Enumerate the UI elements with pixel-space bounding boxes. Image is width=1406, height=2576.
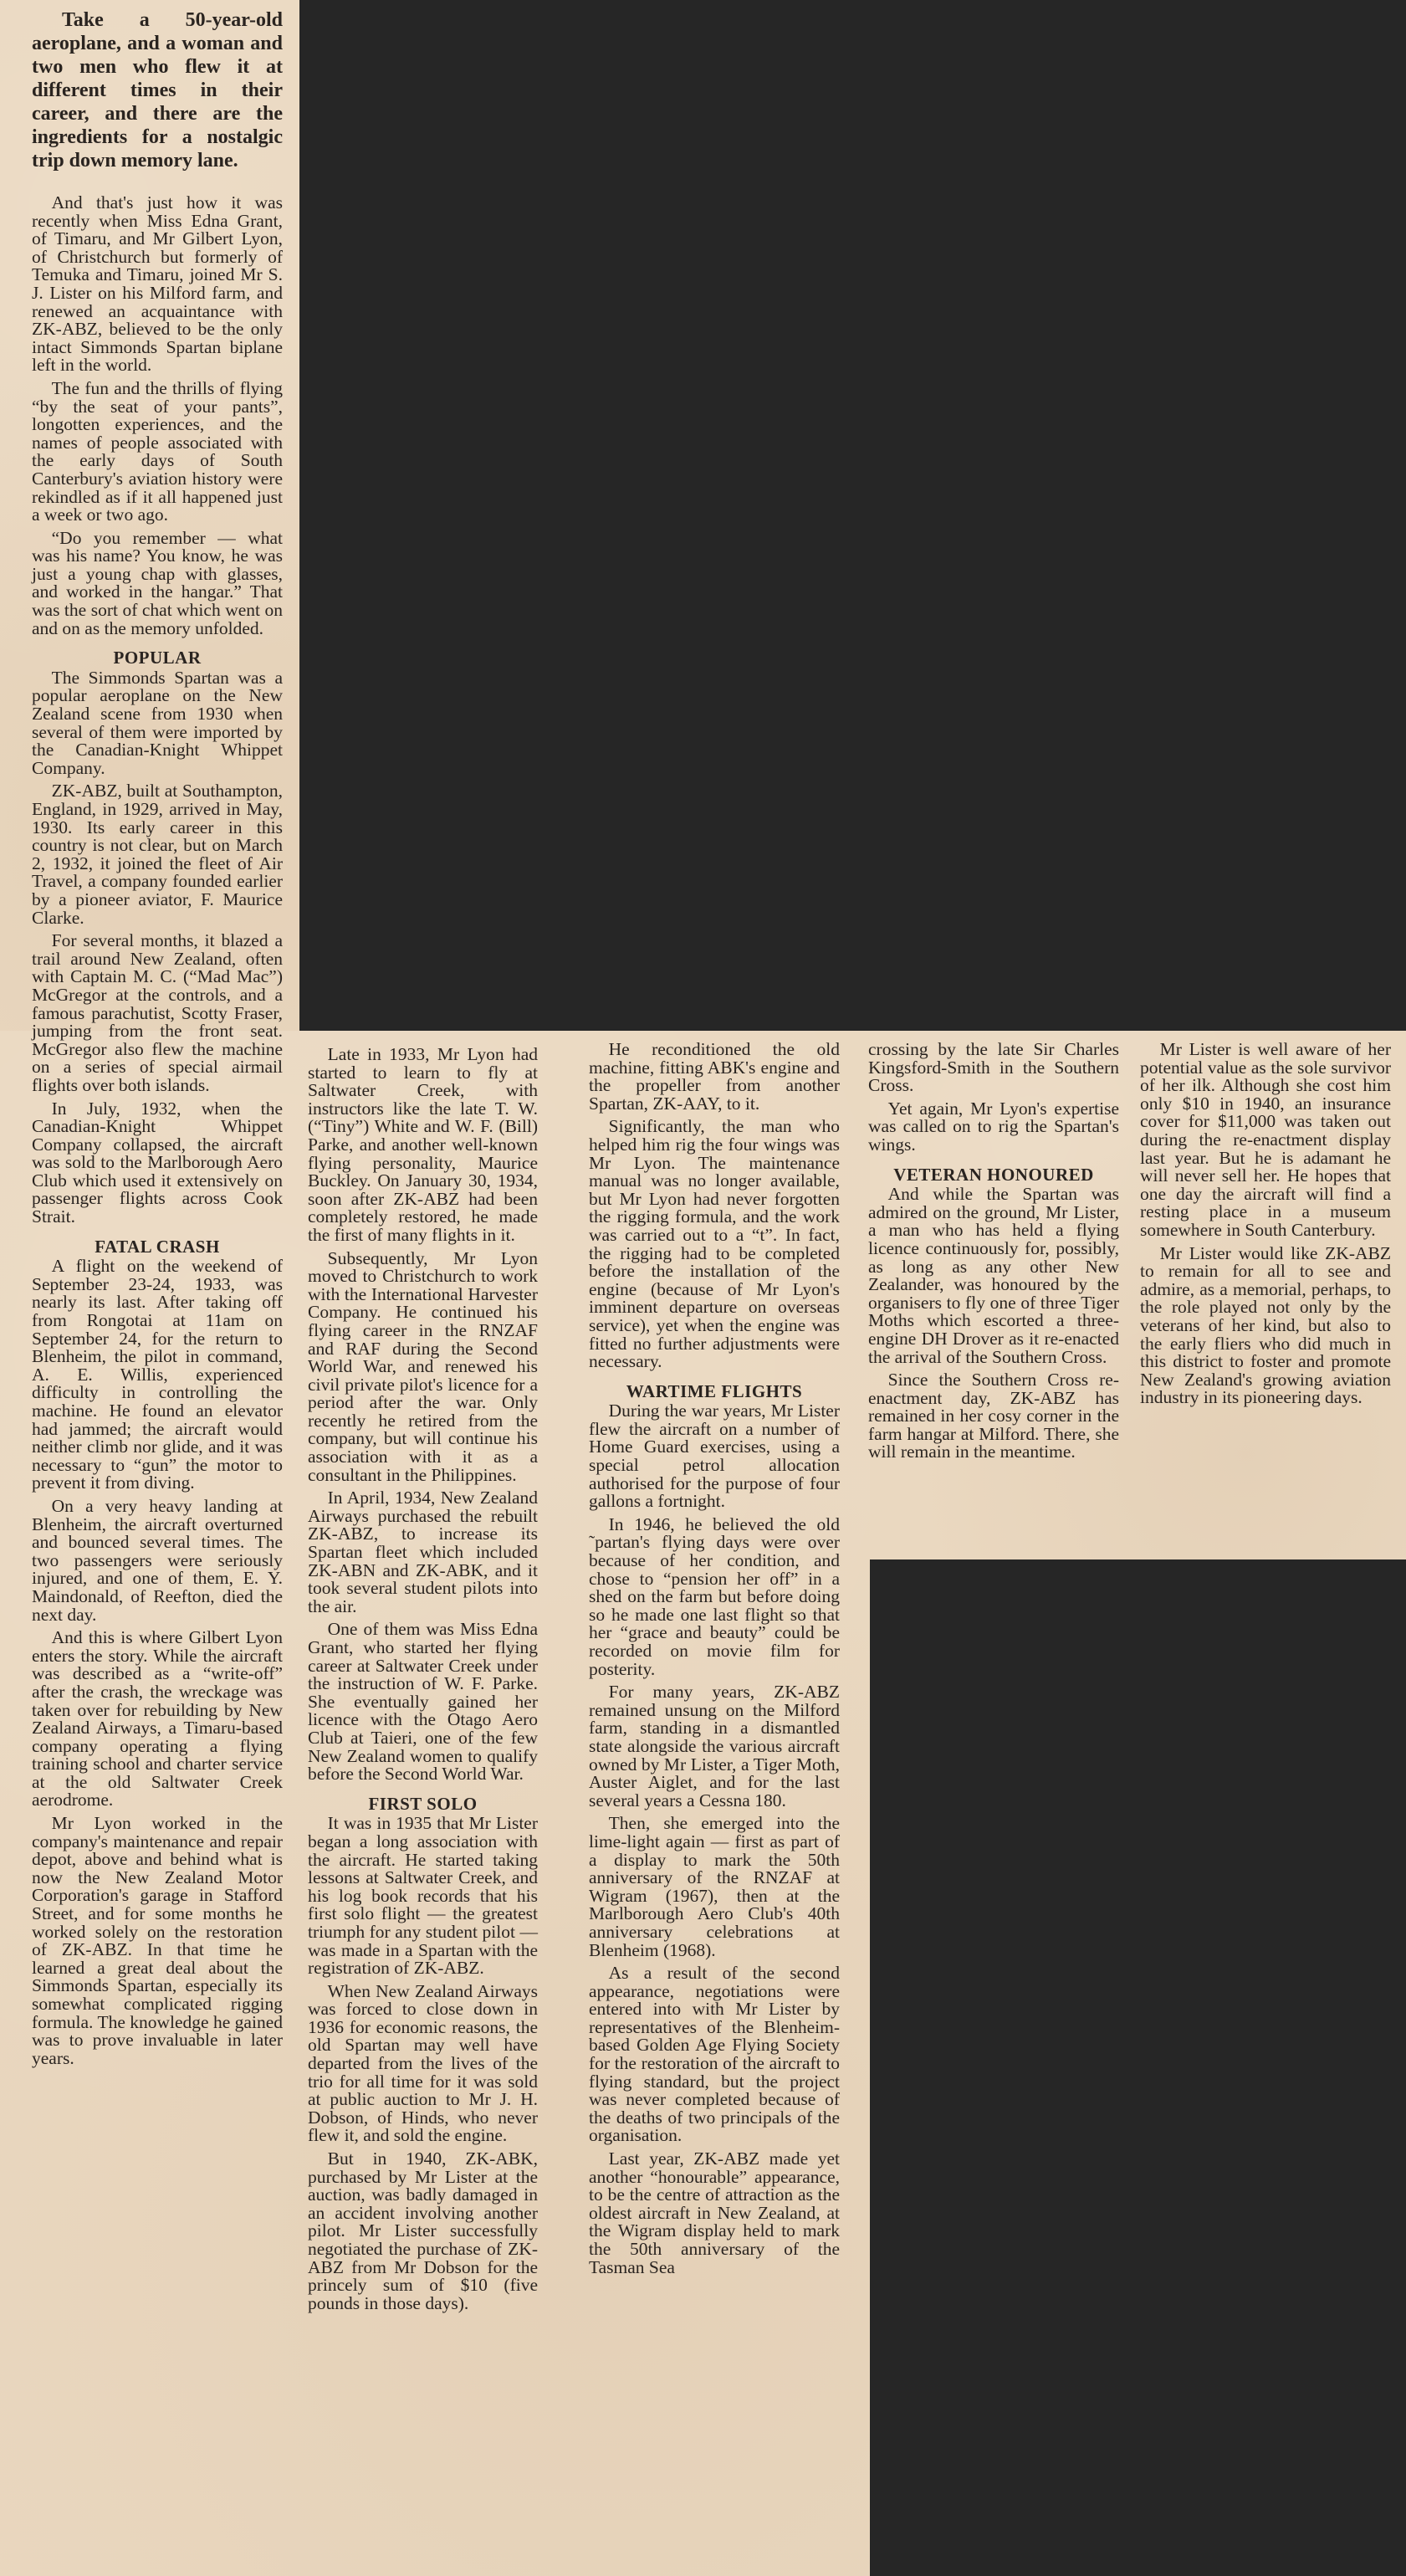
paragraph: On a very heavy landing at Blenheim, the… xyxy=(32,1498,283,1624)
paragraph: ZK-ABZ, built at Southampton, England, i… xyxy=(32,782,283,927)
paragraph: Mr Lister would like ZK-ABZ to remain fo… xyxy=(1140,1245,1391,1407)
article-column-2: Late in 1933, Mr Lyon had started to lea… xyxy=(308,1046,538,2312)
column-body: Late in 1933, Mr Lyon had started to lea… xyxy=(308,1046,538,2312)
section-heading: FIRST SOLO xyxy=(308,1795,538,1814)
article-column-4: crossing by the late Sir Charles Kingsfo… xyxy=(868,1041,1119,1462)
paragraph: In 1946, he believed the old ˜partan's f… xyxy=(589,1516,840,1678)
paragraph: A flight on the weekend of September 23-… xyxy=(32,1257,283,1493)
paragraph: But in 1940, ZK-ABK, purchased by Mr Lis… xyxy=(308,2150,538,2312)
paragraph: Then, she emerged into the lime-light ag… xyxy=(589,1815,840,1959)
paragraph: During the war years, Mr Lister flew the… xyxy=(589,1402,840,1511)
paragraph: And that's just how it was recently when… xyxy=(32,194,283,375)
paragraph: As a result of the second appearance, ne… xyxy=(589,1964,840,2145)
section-heading: FATAL CRASH xyxy=(32,1238,283,1257)
paragraph: Significantly, the man who helped him ri… xyxy=(589,1118,840,1370)
paragraph: And while the Spartan was admired on the… xyxy=(868,1186,1119,1366)
paragraph: In April, 1934, New Zealand Airways purc… xyxy=(308,1489,538,1616)
paragraph: Mr Lyon worked in the company's maintena… xyxy=(32,1815,283,2067)
section-heading: WARTIME FLIGHTS xyxy=(589,1383,840,1401)
article-column-1: Take a 50-year-old aeroplane, and a woma… xyxy=(32,8,283,2067)
column-body: Mr Lister is well aware of her potential… xyxy=(1140,1041,1391,1407)
paragraph: Last year, ZK-ABZ made yet another “hono… xyxy=(589,2150,840,2276)
column-body: And that's just how it was recently when… xyxy=(32,194,283,2067)
paragraph: crossing by the late Sir Charles Kingsfo… xyxy=(868,1041,1119,1095)
paragraph: Yet again, Mr Lyon's expertise was calle… xyxy=(868,1100,1119,1155)
paragraph: For several months, it blazed a trail ar… xyxy=(32,932,283,1094)
paragraph: Mr Lister is well aware of her potential… xyxy=(1140,1041,1391,1240)
article-lead: Take a 50-year-old aeroplane, and a woma… xyxy=(32,8,283,172)
paragraph: For many years, ZK-ABZ remained unsung o… xyxy=(589,1683,840,1810)
article-column-5: Mr Lister is well aware of her potential… xyxy=(1140,1041,1391,1407)
paragraph: He reconditioned the old machine, fittin… xyxy=(589,1041,840,1113)
paragraph: It was in 1935 that Mr Lister began a lo… xyxy=(308,1815,538,1977)
paragraph: Subsequently, Mr Lyon moved to Christchu… xyxy=(308,1250,538,1485)
paragraph: Since the Southern Cross re-enactment da… xyxy=(868,1371,1119,1462)
paragraph: In July, 1932, when the Canadian-Knight … xyxy=(32,1100,283,1227)
paragraph: And this is where Gilbert Lyon enters th… xyxy=(32,1629,283,1810)
paragraph: One of them was Miss Edna Grant, who sta… xyxy=(308,1621,538,1783)
paragraph: When New Zealand Airways was forced to c… xyxy=(308,1983,538,2145)
paragraph: The fun and the thrills of flying “by th… xyxy=(32,380,283,525)
section-heading: POPULAR xyxy=(32,649,283,668)
paragraph: “Do you remember — what was his name? Yo… xyxy=(32,530,283,638)
column-body: crossing by the late Sir Charles Kingsfo… xyxy=(868,1041,1119,1462)
paragraph: Late in 1933, Mr Lyon had started to lea… xyxy=(308,1046,538,1245)
paragraph: The Simmonds Spartan was a popular aerop… xyxy=(32,669,283,778)
article-column-3: He reconditioned the old machine, fittin… xyxy=(589,1041,840,2276)
section-heading: VETERAN HONOURED xyxy=(868,1166,1119,1185)
column-body: He reconditioned the old machine, fittin… xyxy=(589,1041,840,2276)
